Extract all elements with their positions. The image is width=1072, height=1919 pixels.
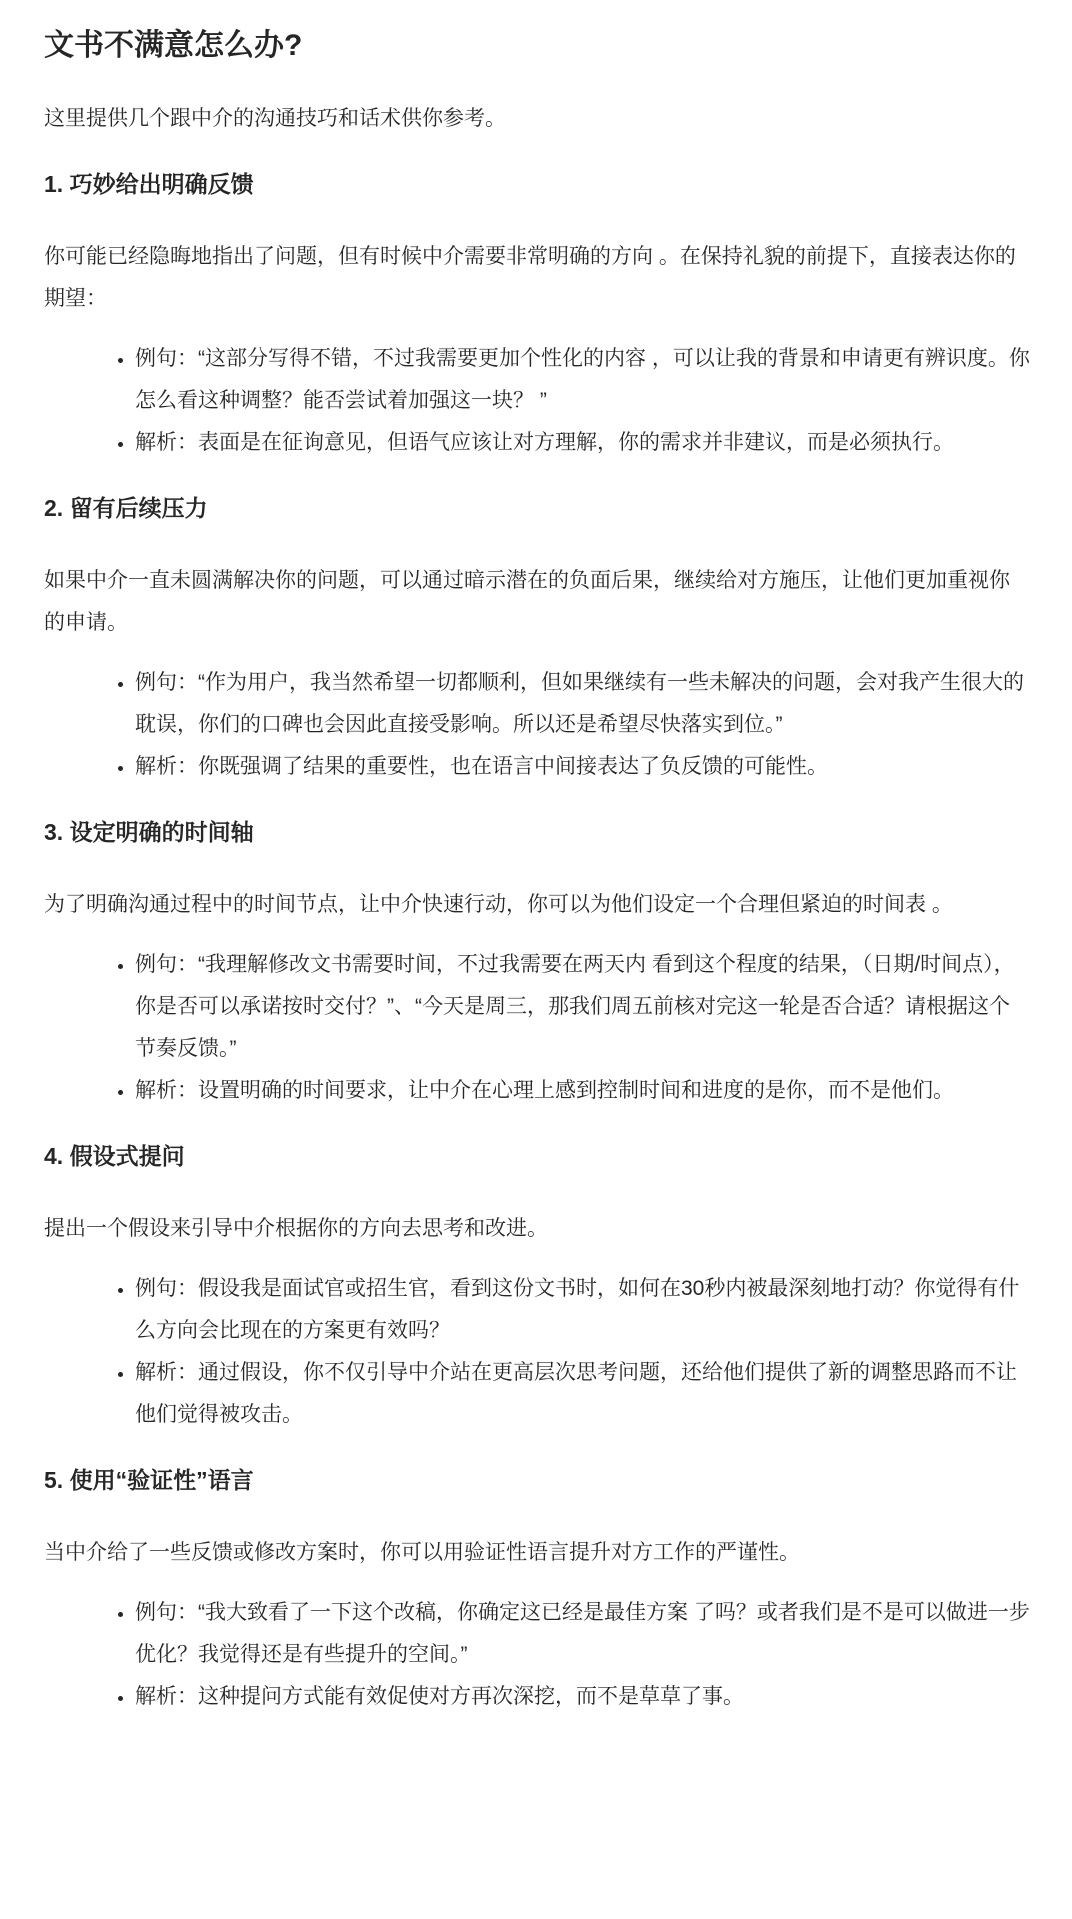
bullet-list-5: 例句：“我大致看了一下这个改稿，你确定这已经是最佳方案 了吗？或者我们是不是可以… bbox=[44, 1592, 1030, 1718]
analysis-bullet: 解析：这种提问方式能有效促使对方再次深挖，而不是草草了事。 bbox=[135, 1676, 1030, 1718]
example-bullet: 例句：“我大致看了一下这个改稿，你确定这已经是最佳方案 了吗？或者我们是不是可以… bbox=[135, 1592, 1030, 1676]
section-paragraph-2: 如果中介一直未圆满解决你的问题，可以通过暗示潜在的负面后果，继续给对方施压，让他… bbox=[44, 560, 1030, 644]
section-paragraph-1: 你可能已经隐晦地指出了问题，但有时候中介需要非常明确的方向 。在保持礼貌的前提下… bbox=[44, 236, 1030, 320]
analysis-bullet: 解析：表面是在征询意见，但语气应该让对方理解，你的需求并非建议，而是必须执行。 bbox=[135, 422, 1030, 464]
section-paragraph-3: 为了明确沟通过程中的时间节点，让中介快速行动，你可以为他们设定一个合理但紧迫的时… bbox=[44, 884, 1030, 926]
example-bullet: 例句：“我理解修改文书需要时间，不过我需要在两天内 看到这个程度的结果，（日期/… bbox=[135, 944, 1030, 1070]
section-heading-1: 1. 巧妙给出明确反馈 bbox=[44, 168, 1030, 200]
intro-paragraph: 这里提供几个跟中介的沟通技巧和话术供你参考。 bbox=[44, 98, 1030, 140]
section-paragraph-5: 当中介给了一些反馈或修改方案时，你可以用验证性语言提升对方工作的严谨性。 bbox=[44, 1532, 1030, 1574]
analysis-bullet: 解析：你既强调了结果的重要性，也在语言中间接表达了负反馈的可能性。 bbox=[135, 746, 1030, 788]
page-title: 文书不满意怎么办? bbox=[44, 26, 1030, 66]
example-bullet: 例句：“这部分写得不错，不过我需要更加个性化的内容 ，可以让我的背景和申请更有辨… bbox=[135, 338, 1030, 422]
bullet-list-1: 例句：“这部分写得不错，不过我需要更加个性化的内容 ，可以让我的背景和申请更有辨… bbox=[44, 338, 1030, 464]
section-heading-2: 2. 留有后续压力 bbox=[44, 492, 1030, 524]
analysis-bullet: 解析：通过假设，你不仅引导中介站在更高层次思考问题，还给他们提供了新的调整思路而… bbox=[135, 1352, 1030, 1436]
analysis-bullet: 解析：设置明确的时间要求，让中介在心理上感到控制时间和进度的是你，而不是他们。 bbox=[135, 1070, 1030, 1112]
section-heading-3: 3. 设定明确的时间轴 bbox=[44, 816, 1030, 848]
section-paragraph-4: 提出一个假设来引导中介根据你的方向去思考和改进。 bbox=[44, 1208, 1030, 1250]
bullet-list-2: 例句：“作为用户，我当然希望一切都顺利，但如果继续有一些未解决的问题，会对我产生… bbox=[44, 662, 1030, 788]
example-bullet: 例句：假设我是面试官或招生官，看到这份文书时，如何在30秒内被最深刻地打动？你觉… bbox=[135, 1268, 1030, 1352]
document-page: 文书不满意怎么办? 这里提供几个跟中介的沟通技巧和话术供你参考。 1. 巧妙给出… bbox=[0, 0, 1072, 1919]
example-bullet: 例句：“作为用户，我当然希望一切都顺利，但如果继续有一些未解决的问题，会对我产生… bbox=[135, 662, 1030, 746]
bullet-list-4: 例句：假设我是面试官或招生官，看到这份文书时，如何在30秒内被最深刻地打动？你觉… bbox=[44, 1268, 1030, 1436]
section-heading-5: 5. 使用“验证性”语言 bbox=[44, 1464, 1030, 1496]
bullet-list-3: 例句：“我理解修改文书需要时间，不过我需要在两天内 看到这个程度的结果，（日期/… bbox=[44, 944, 1030, 1112]
section-heading-4: 4. 假设式提问 bbox=[44, 1140, 1030, 1172]
